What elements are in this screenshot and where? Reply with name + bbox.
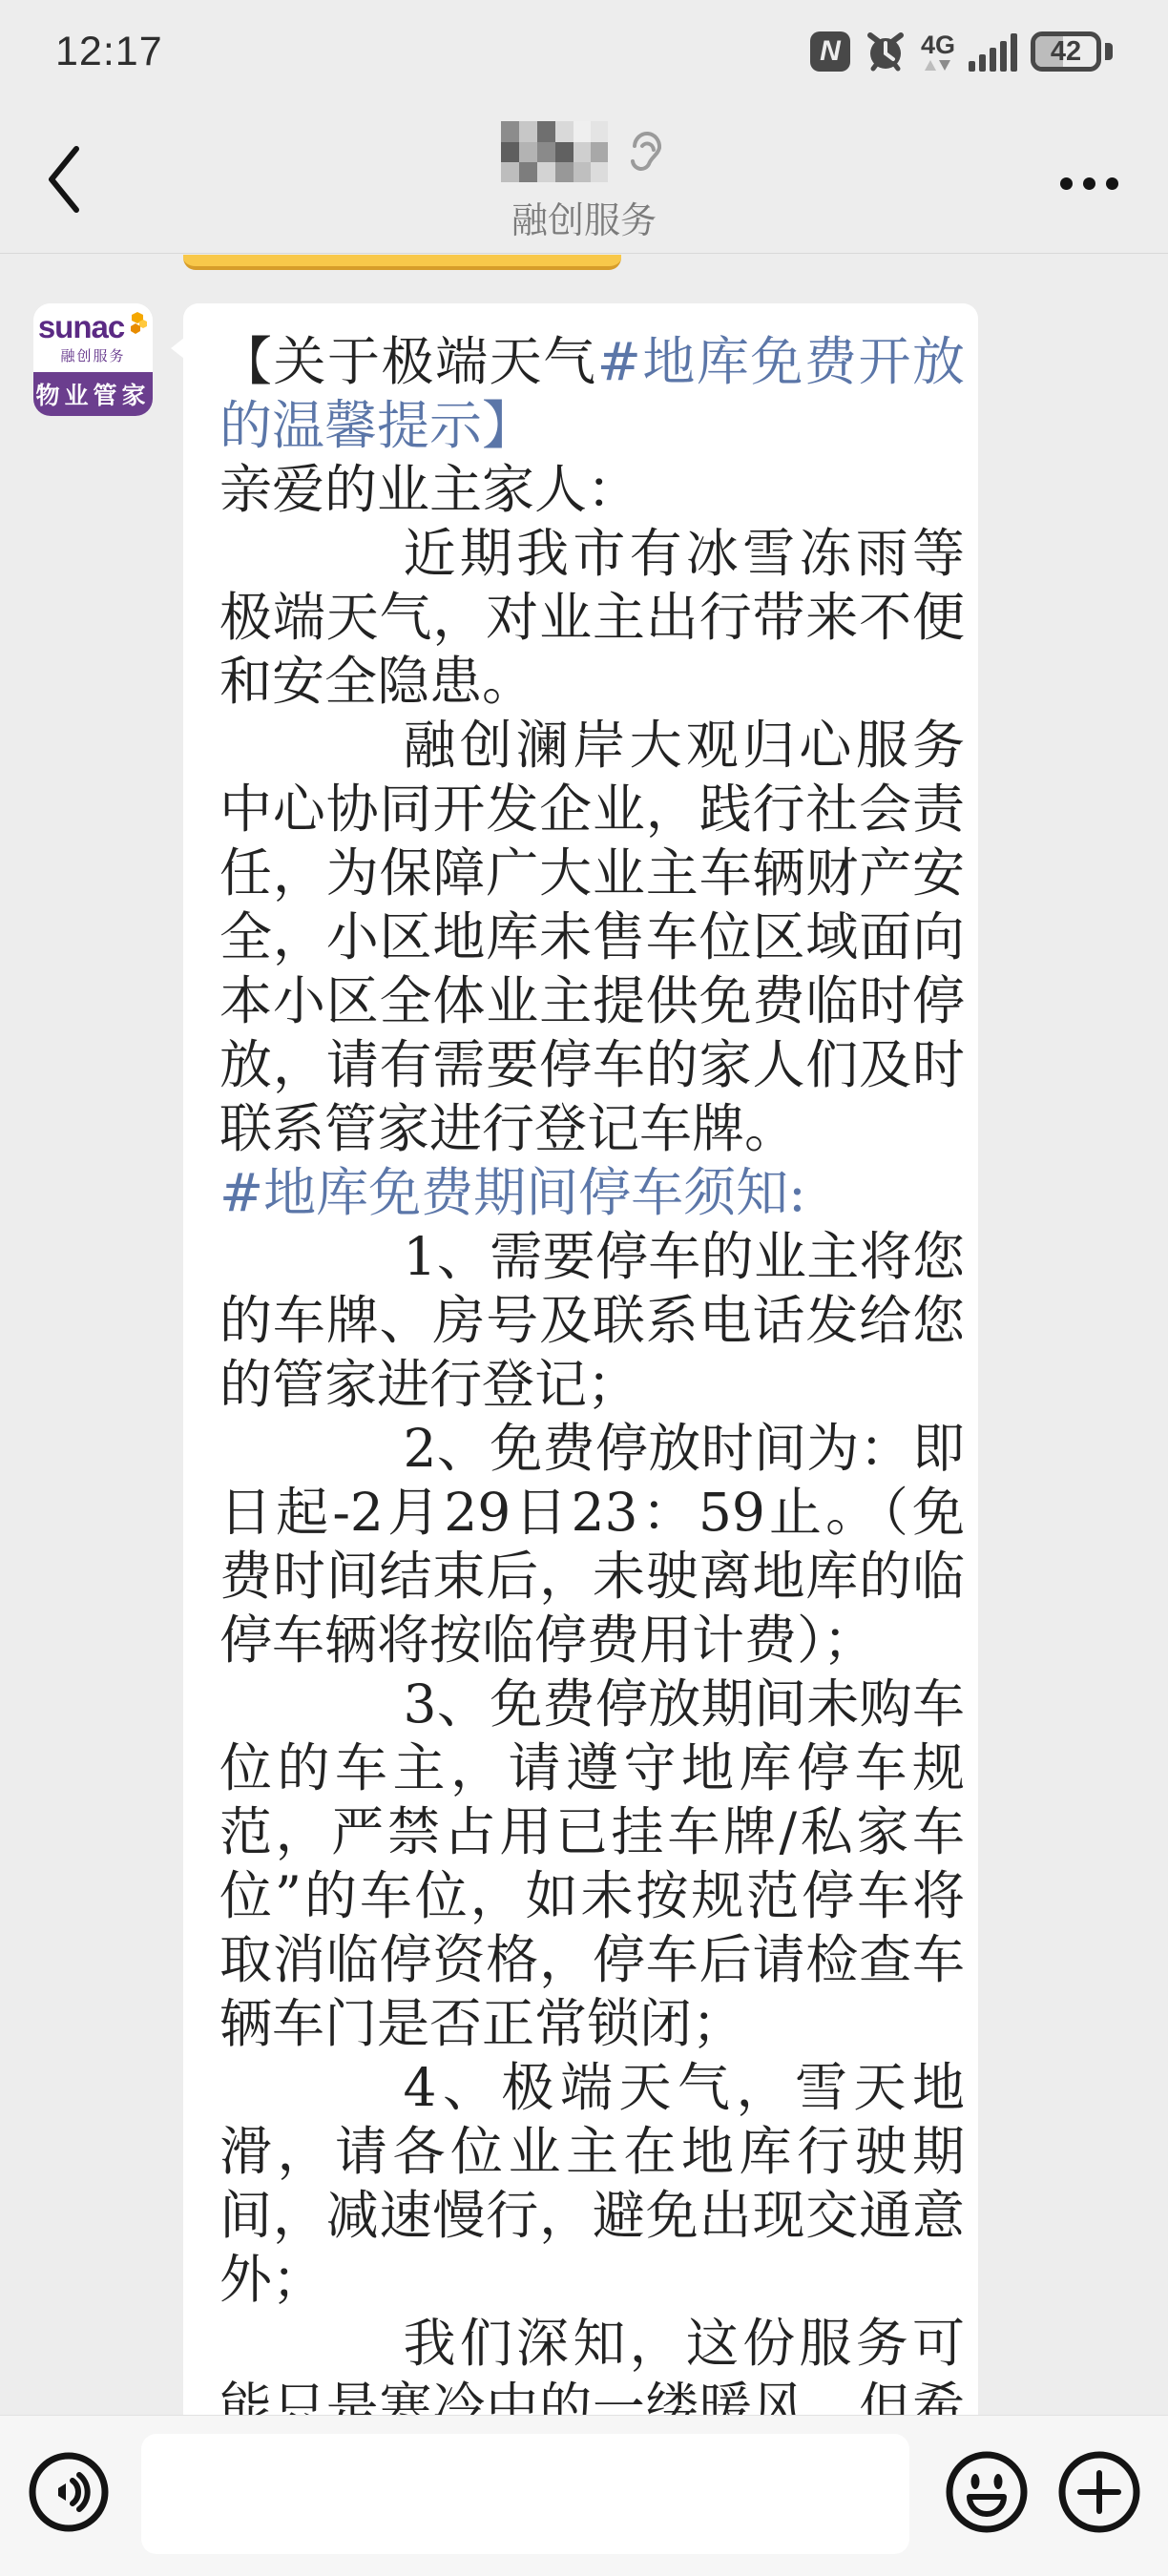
message-text: 【关于极端天气#地库免费开放的温馨提示】亲爱的业主家人：近期我市有冰雪冻雨等极端… <box>219 330 965 2415</box>
chat-subtitle: 融创服务 <box>511 191 657 243</box>
battery-icon: 42 <box>1031 31 1101 72</box>
previous-message-remnant <box>183 255 621 270</box>
signal-strength-icon <box>969 31 1017 72</box>
avatar[interactable]: sunac 融创服务 物业管家 <box>33 303 153 416</box>
clock-time: 12:17 <box>55 29 163 75</box>
brand-hexagon-icon <box>127 311 148 336</box>
network-type-icon: 4G <box>921 32 955 71</box>
message-paragraph: 亲爱的业主家人： <box>219 458 965 522</box>
message-paragraph: 4、极端天气，雪天地滑，请各位业主在地库行驶期间，减速慢行，避免出现交通意外； <box>219 2056 965 2312</box>
more-menu-button[interactable] <box>1060 177 1118 190</box>
battery-percent: 42 <box>1035 36 1096 67</box>
message-paragraph: 2、免费停放时间为：即日起-2月29日23：59止。（免费时间结束后，未驶离地库… <box>219 1417 965 1672</box>
input-bar <box>0 2415 1168 2576</box>
message-bubble[interactable]: 【关于极端天气#地库免费开放的温馨提示】亲爱的业主家人：近期我市有冰雪冻雨等极端… <box>183 303 978 2415</box>
message-paragraph: #地库免费期间停车须知: <box>219 1161 965 1225</box>
message-input[interactable] <box>141 2434 909 2554</box>
add-attachment-button[interactable] <box>1057 2450 1141 2534</box>
network-type-label: 4G <box>921 32 955 58</box>
emoji-button[interactable] <box>945 2450 1029 2534</box>
brand-name: sunac <box>38 311 124 343</box>
nfc-icon: N <box>810 31 850 72</box>
message-paragraph: 1、需要停车的业主将您的车牌、房号及联系电话发给您的管家进行登记； <box>219 1225 965 1417</box>
message-paragraph: 融创澜岸大观归心服务中心协同开发企业，践行社会责任，为保障广大业主车辆财产安全，… <box>219 714 965 1161</box>
status-bar: 12:17 N 4G 42 <box>0 0 1168 95</box>
message-paragraph: 我们深知，这份服务可能只是寒冷中的一缕暖风，但希望它能带给您更多的温馨与安 <box>219 2312 965 2415</box>
avatar-logo: sunac 融创服务 <box>33 303 153 372</box>
chat-area[interactable]: sunac 融创服务 物业管家 【关于极端天气#地库免费开放的温馨提示】亲爱的业… <box>0 255 1168 2415</box>
message-paragraph: 近期我市有冰雪冻雨等极端天气，对业主出行带来不便和安全隐患。 <box>219 522 965 714</box>
message-paragraph: 【关于极端天气#地库免费开放的温馨提示】 <box>219 330 965 458</box>
message-paragraph: 3、免费停放期间未购车位的车主，请遵守地库停车规范，严禁占用已挂车牌/私家车位”… <box>219 1672 965 2056</box>
censored-contact-name <box>501 121 608 182</box>
chat-title: 融创服务 <box>0 120 1168 243</box>
avatar-badge: 物业管家 <box>33 372 153 416</box>
chat-header: 融创服务 <box>0 95 1168 254</box>
earpiece-mode-icon <box>623 125 667 178</box>
brand-name-cn: 融创服务 <box>60 345 125 365</box>
battery-nub <box>1105 43 1113 60</box>
data-activity-arrows <box>925 60 950 71</box>
voice-input-button[interactable] <box>29 2452 109 2532</box>
alarm-icon <box>864 30 907 73</box>
